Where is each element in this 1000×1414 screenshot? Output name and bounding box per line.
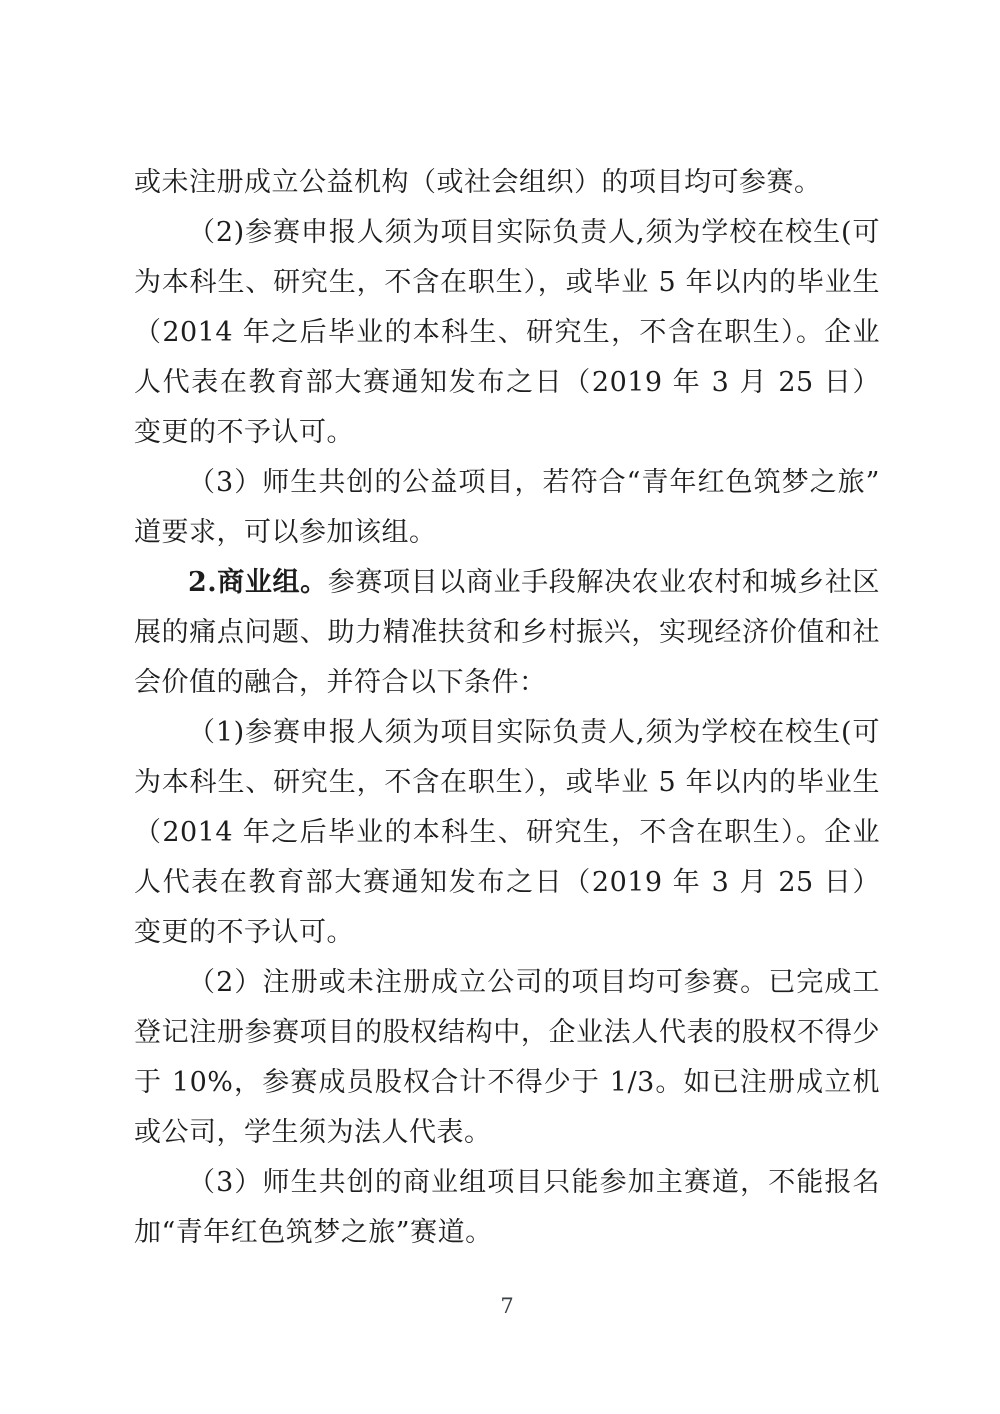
- text-line: 登记注册参赛项目的股权结构中，企业法人代表的股权不得少: [134, 1008, 880, 1058]
- body-text: 或未注册成立公益机构（或社会组织）的项目均可参赛。 （2)参赛申报人须为项目实际…: [134, 158, 880, 1258]
- text-line: 道要求，可以参加该组。: [134, 508, 880, 558]
- text-line: 加“青年红色筑梦之旅”赛道。: [134, 1208, 880, 1258]
- document-page: 或未注册成立公益机构（或社会组织）的项目均可参赛。 （2)参赛申报人须为项目实际…: [0, 0, 1000, 1414]
- page-number: 7: [134, 1292, 880, 1320]
- text-line: （2）注册或未注册成立公司的项目均可参赛。已完成工商: [134, 958, 880, 1008]
- text-line: 变更的不予认可。: [134, 408, 880, 458]
- text-line: 会价值的融合，并符合以下条件：: [134, 658, 880, 708]
- section-heading-business-group: 2.商业组。: [188, 567, 328, 598]
- text-line: 2.商业组。参赛项目以商业手段解决农业农村和城乡社区发: [134, 558, 880, 608]
- text-line: （2)参赛申报人须为项目实际负责人,须为学校在校生(可: [134, 208, 880, 258]
- text-line: 人代表在教育部大赛通知发布之日（2019 年 3 月 25 日）后进行: [134, 858, 880, 908]
- text-line: 或未注册成立公益机构（或社会组织）的项目均可参赛。: [134, 158, 880, 208]
- text-line: （3）师生共创的公益项目，若符合“青年红色筑梦之旅”赛: [134, 458, 880, 508]
- text-line: 为本科生、研究生，不含在职生），或毕业 5 年以内的毕业生: [134, 258, 880, 308]
- text-line: 为本科生、研究生，不含在职生），或毕业 5 年以内的毕业生: [134, 758, 880, 808]
- text-line: （3）师生共创的商业组项目只能参加主赛道，不能报名参: [134, 1158, 880, 1208]
- text-line: （2014 年之后毕业的本科生、研究生，不含在职生）。企业法: [134, 308, 880, 358]
- text-line: （2014 年之后毕业的本科生、研究生，不含在职生）。企业法: [134, 808, 880, 858]
- text-line: 人代表在教育部大赛通知发布之日（2019 年 3 月 25 日）后进行: [134, 358, 880, 408]
- text-line: 或公司，学生须为法人代表。: [134, 1108, 880, 1158]
- text-line: 于 10%，参赛成员股权合计不得少于 1/3。如已注册成立机构: [134, 1058, 880, 1108]
- text-line: 变更的不予认可。: [134, 908, 880, 958]
- text-line: 展的痛点问题、助力精准扶贫和乡村振兴，实现经济价值和社: [134, 608, 880, 658]
- text-line: （1)参赛申报人须为项目实际负责人,须为学校在校生(可: [134, 708, 880, 758]
